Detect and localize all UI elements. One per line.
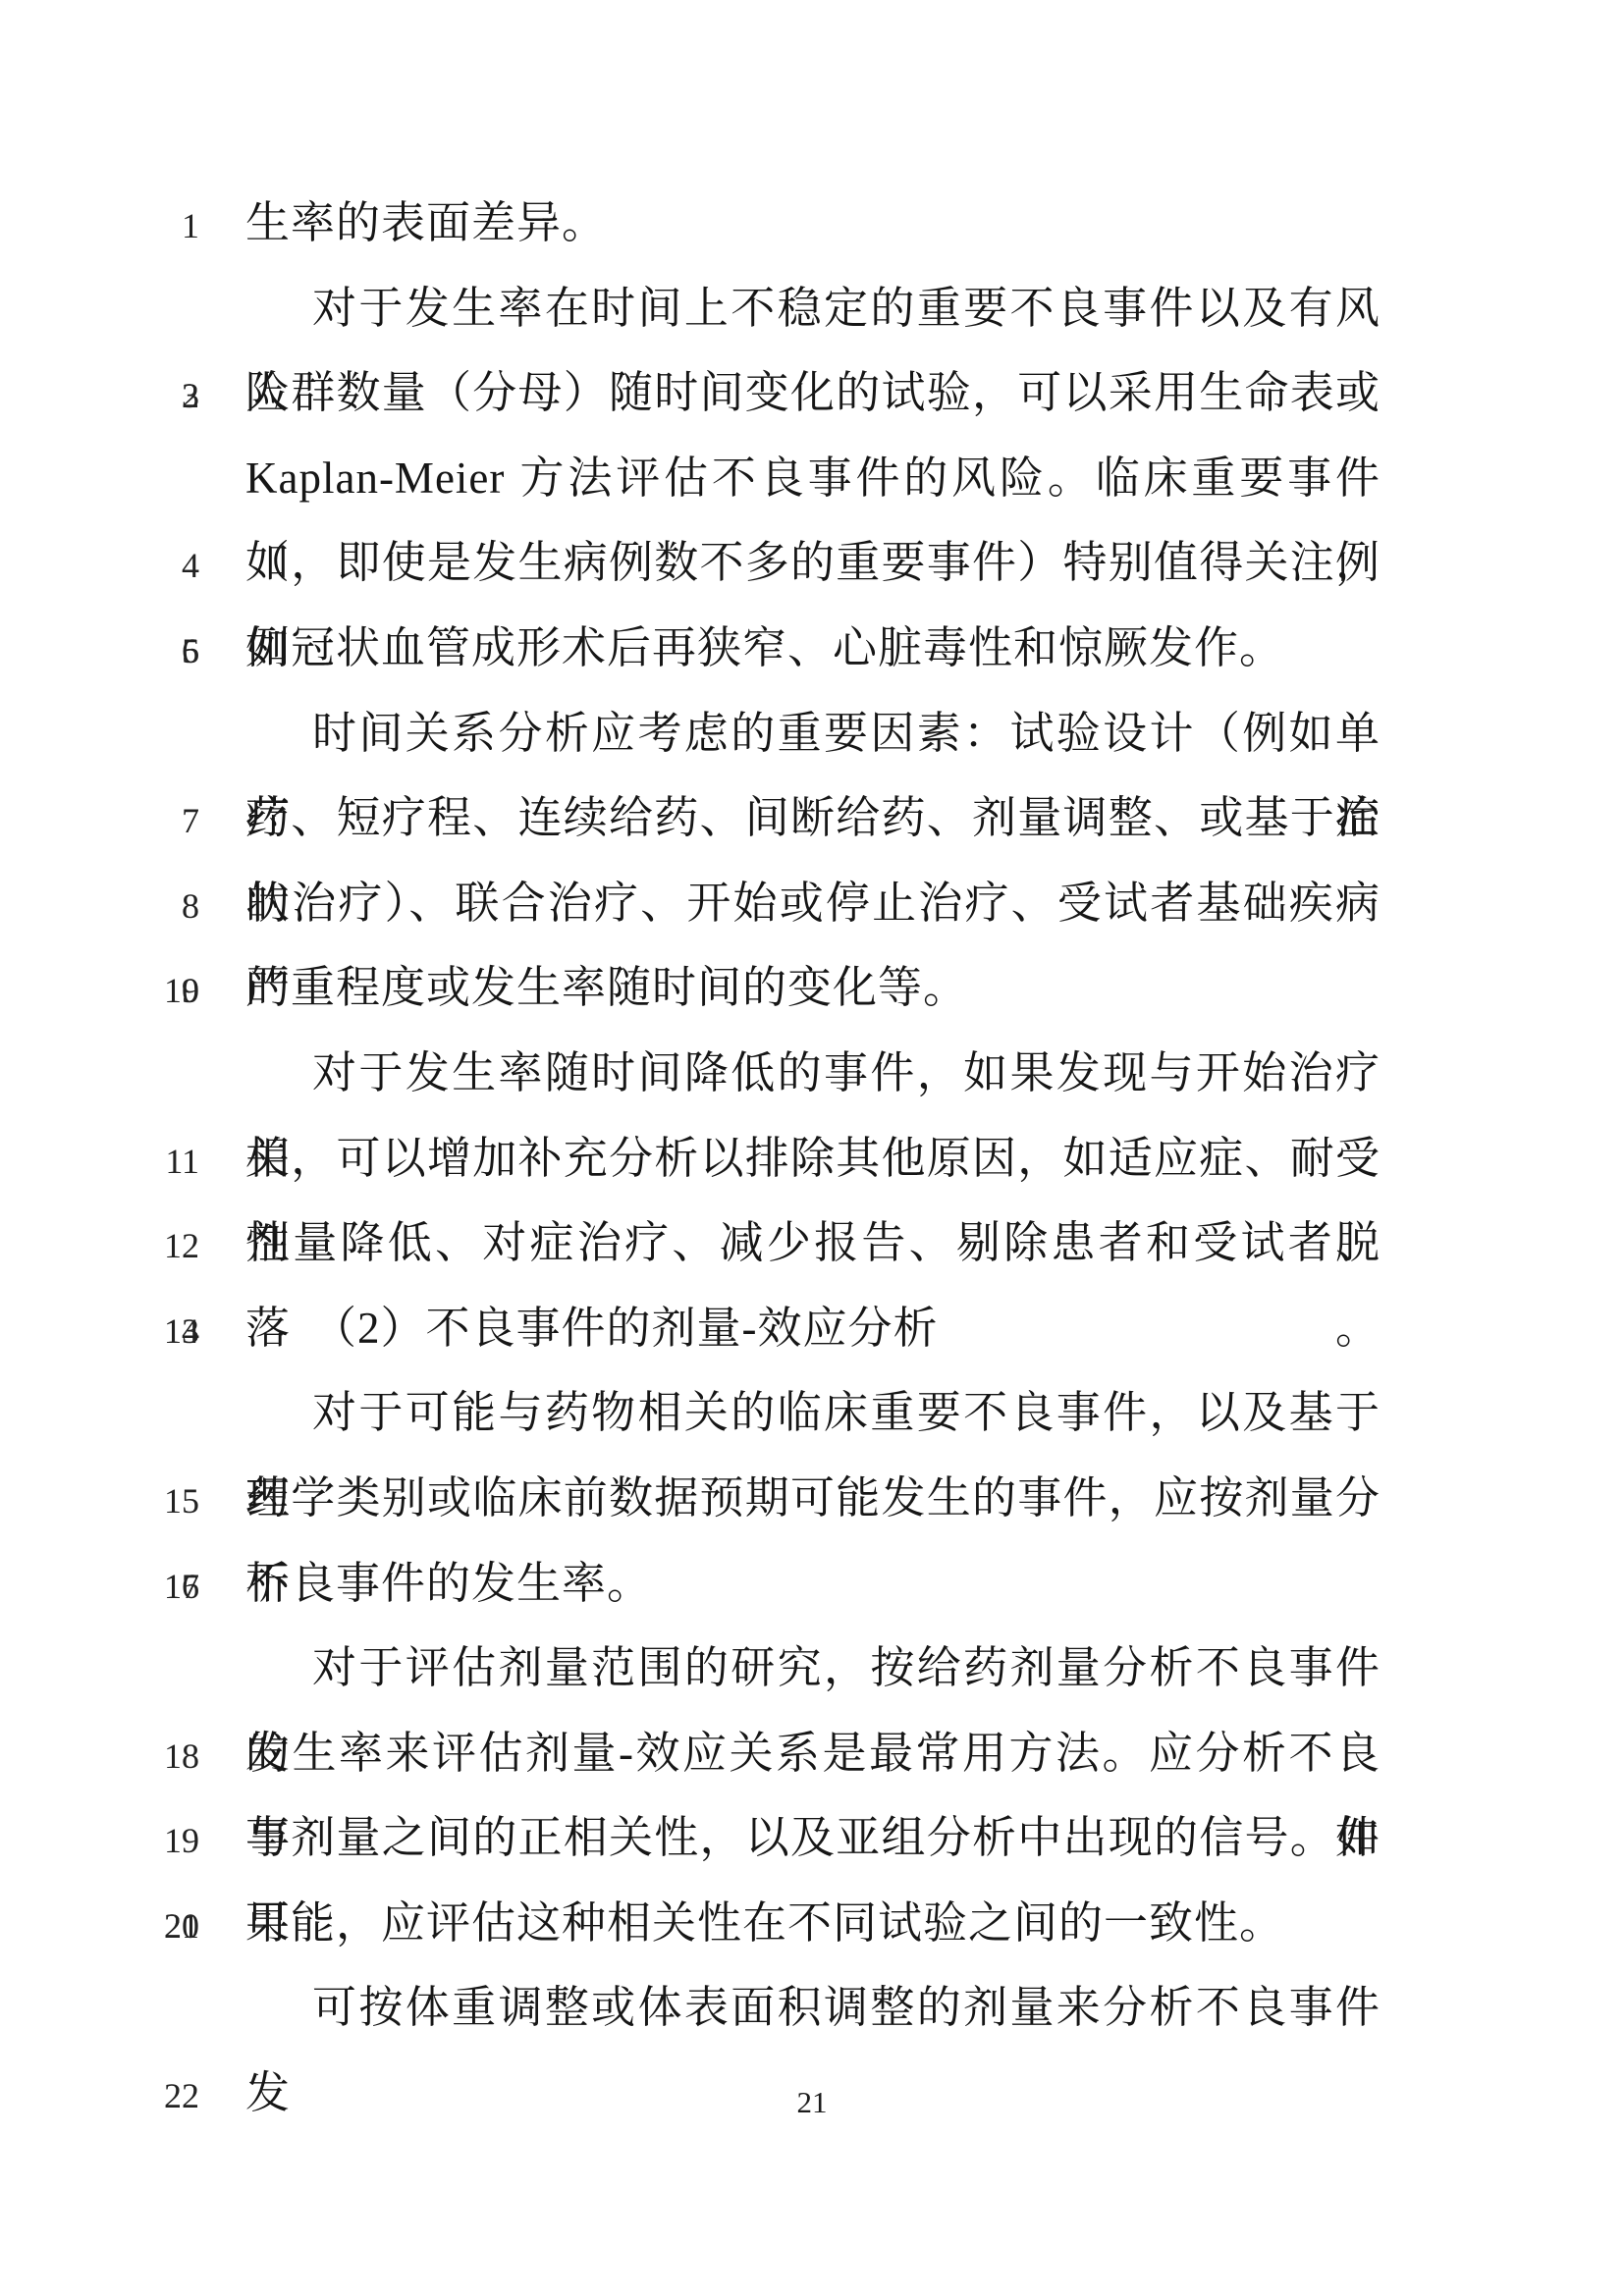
- line-text: 不良事件的发生率。: [245, 1541, 1380, 1627]
- line-number: 6: [0, 609, 199, 694]
- text-line: 18对于评估剂量范围的研究，按给药剂量分析不良事件的: [0, 1626, 1624, 1711]
- text-line: 3人群数量（分母）随时间变化的试验，可以采用生命表或: [0, 350, 1624, 436]
- page-number: 21: [0, 2083, 1624, 2122]
- text-line: 12关，可以增加补充分析以排除其他原因，如适应症、耐受性、: [0, 1116, 1624, 1201]
- line-text: 人群数量（分母）随时间变化的试验，可以采用生命表或: [245, 350, 1380, 436]
- text-line: 1生率的表面差异。: [0, 181, 1624, 266]
- text-line: 10严重程度或发生率随时间的变化等。: [0, 945, 1624, 1031]
- text-line: 17不良事件的发生率。: [0, 1541, 1624, 1627]
- line-text: 可能，应评估这种相关性在不同试验之间的一致性。: [245, 1881, 1380, 1966]
- document-page: 1生率的表面差异。 2对于发生率在时间上不稳定的重要不良事件以及有风险 3人群数…: [0, 0, 1624, 2296]
- text-line: 21可能，应评估这种相关性在不同试验之间的一致性。: [0, 1881, 1624, 1966]
- line-text: 生率的表面差异。: [245, 181, 1380, 266]
- text-line: 2对于发生率在时间上不稳定的重要不良事件以及有风险: [0, 266, 1624, 351]
- text-line: 5如，即使是发生病例数不多的重要事件）特别值得关注，例: [0, 520, 1624, 606]
- text-line: 15对于可能与药物相关的临床重要不良事件，以及基于药: [0, 1370, 1624, 1456]
- line-number: 3: [0, 353, 199, 439]
- line-number: 14: [0, 1289, 199, 1374]
- text-line: 16理学类别或临床前数据预期可能发生的事件，应按剂量分析: [0, 1456, 1624, 1541]
- text-line: 8疗、短疗程、连续给药、间断给药、剂量调整、或基于症状: [0, 775, 1624, 861]
- line-number: 1: [0, 184, 199, 269]
- text-line: 22可按体重调整或体表面积调整的剂量来分析不良事件发: [0, 1965, 1624, 2051]
- text-line: 4Kaplan-Meier 方法评估不良事件的风险。临床重要事件（例: [0, 436, 1624, 521]
- line-text: （2）不良事件的剂量-效应分析: [245, 1286, 1380, 1371]
- text-line: 20与剂量之间的正相关性，以及亚组分析中出现的信号。如果: [0, 1795, 1624, 1881]
- line-text: 如冠状血管成形术后再狭窄、心脏毒性和惊厥发作。: [245, 606, 1380, 691]
- text-line: 7时间关系分析应考虑的重要因素：试验设计（例如单药治: [0, 691, 1624, 776]
- text-line: 11对于发生率随时间降低的事件，如果发现与开始治疗相: [0, 1031, 1624, 1116]
- text-line: 19发生率来评估剂量-效应关系是最常用方法。应分析不良事件: [0, 1711, 1624, 1796]
- text-line: 6如冠状血管成形术后再狭窄、心脏毒性和惊厥发作。: [0, 606, 1624, 691]
- text-body: 1生率的表面差异。 2对于发生率在时间上不稳定的重要不良事件以及有风险 3人群数…: [0, 181, 1624, 2051]
- line-number: 17: [0, 1544, 199, 1629]
- line-number: 21: [0, 1884, 199, 1969]
- text-line: 9的治疗）、联合治疗、开始或停止治疗、受试者基础疾病的: [0, 861, 1624, 946]
- text-line: 14（2）不良事件的剂量-效应分析: [0, 1286, 1624, 1371]
- text-line: 13剂量降低、对症治疗、减少报告、剔除患者和受试者脱落。: [0, 1201, 1624, 1286]
- line-text: 严重程度或发生率随时间的变化等。: [245, 945, 1380, 1031]
- line-number: 10: [0, 948, 199, 1034]
